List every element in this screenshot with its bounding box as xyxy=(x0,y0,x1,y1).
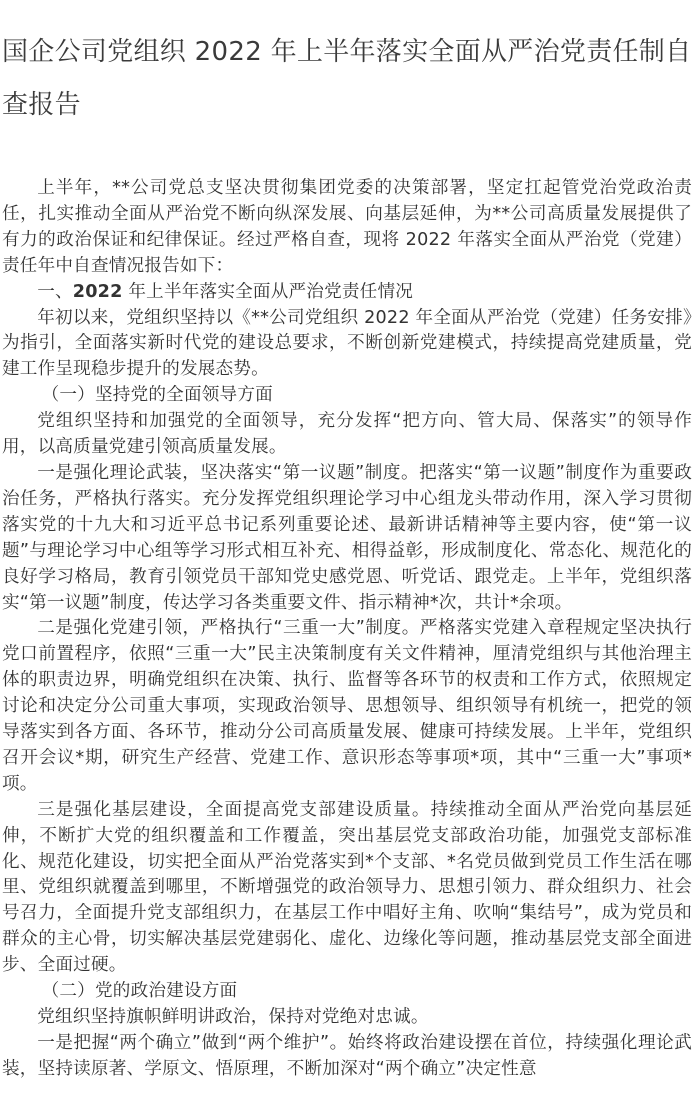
document: 国企公司党组织 2022 年上半年落实全面从严治党责任制自查报告 上半年，**公… xyxy=(2,26,692,1083)
subsection-2-heading: （二）党的政治建设方面 xyxy=(2,979,692,1005)
subsection-1-heading: （一）坚持党的全面领导方面 xyxy=(2,383,692,409)
subsection-2-item-1: 一是把握“两个确立”做到“两个维护”。始终将政治建设摆在首位，持续强化理论武装，… xyxy=(2,1031,692,1083)
subsection-1-item-3: 三是强化基层建设，全面提高党支部建设质量。持续推动全面从严治党向基层延伸，不断扩… xyxy=(2,798,692,979)
section-1-prefix: 一、 xyxy=(37,282,73,302)
subsection-1-intro: 党组织坚持和加强党的全面领导，充分发挥“把方向、管大局、保落实”的领导作用，以高… xyxy=(2,409,692,461)
section-1-intro: 年初以来，党组织坚持以《**公司党组织 2022 年全面从严治党（党建）任务安排… xyxy=(2,306,692,384)
document-title: 国企公司党组织 2022 年上半年落实全面从严治党责任制自查报告 xyxy=(2,26,692,132)
subsection-1-item-1: 一是强化理论武装，坚决落实“第一议题”制度。把落实“第一议题”制度作为重要政治任… xyxy=(2,461,692,616)
section-1-year: 2022 xyxy=(73,282,123,302)
section-1-heading-text: 年上半年落实全面从严治党责任情况 xyxy=(123,282,414,302)
subsection-2-intro: 党组织坚持旗帜鲜明讲政治，保持对党绝对忠诚。 xyxy=(2,1005,692,1031)
section-1-heading: 一、2022 年上半年落实全面从严治党责任情况 xyxy=(2,280,692,306)
intro-paragraph: 上半年，**公司党总支坚决贯彻集团党委的决策部署，坚定扛起管党治党政治责任，扎实… xyxy=(2,176,692,280)
subsection-1-item-2: 二是强化党建引领，严格执行“三重一大”制度。严格落实党建入章程规定坚决执行党口前… xyxy=(2,616,692,797)
